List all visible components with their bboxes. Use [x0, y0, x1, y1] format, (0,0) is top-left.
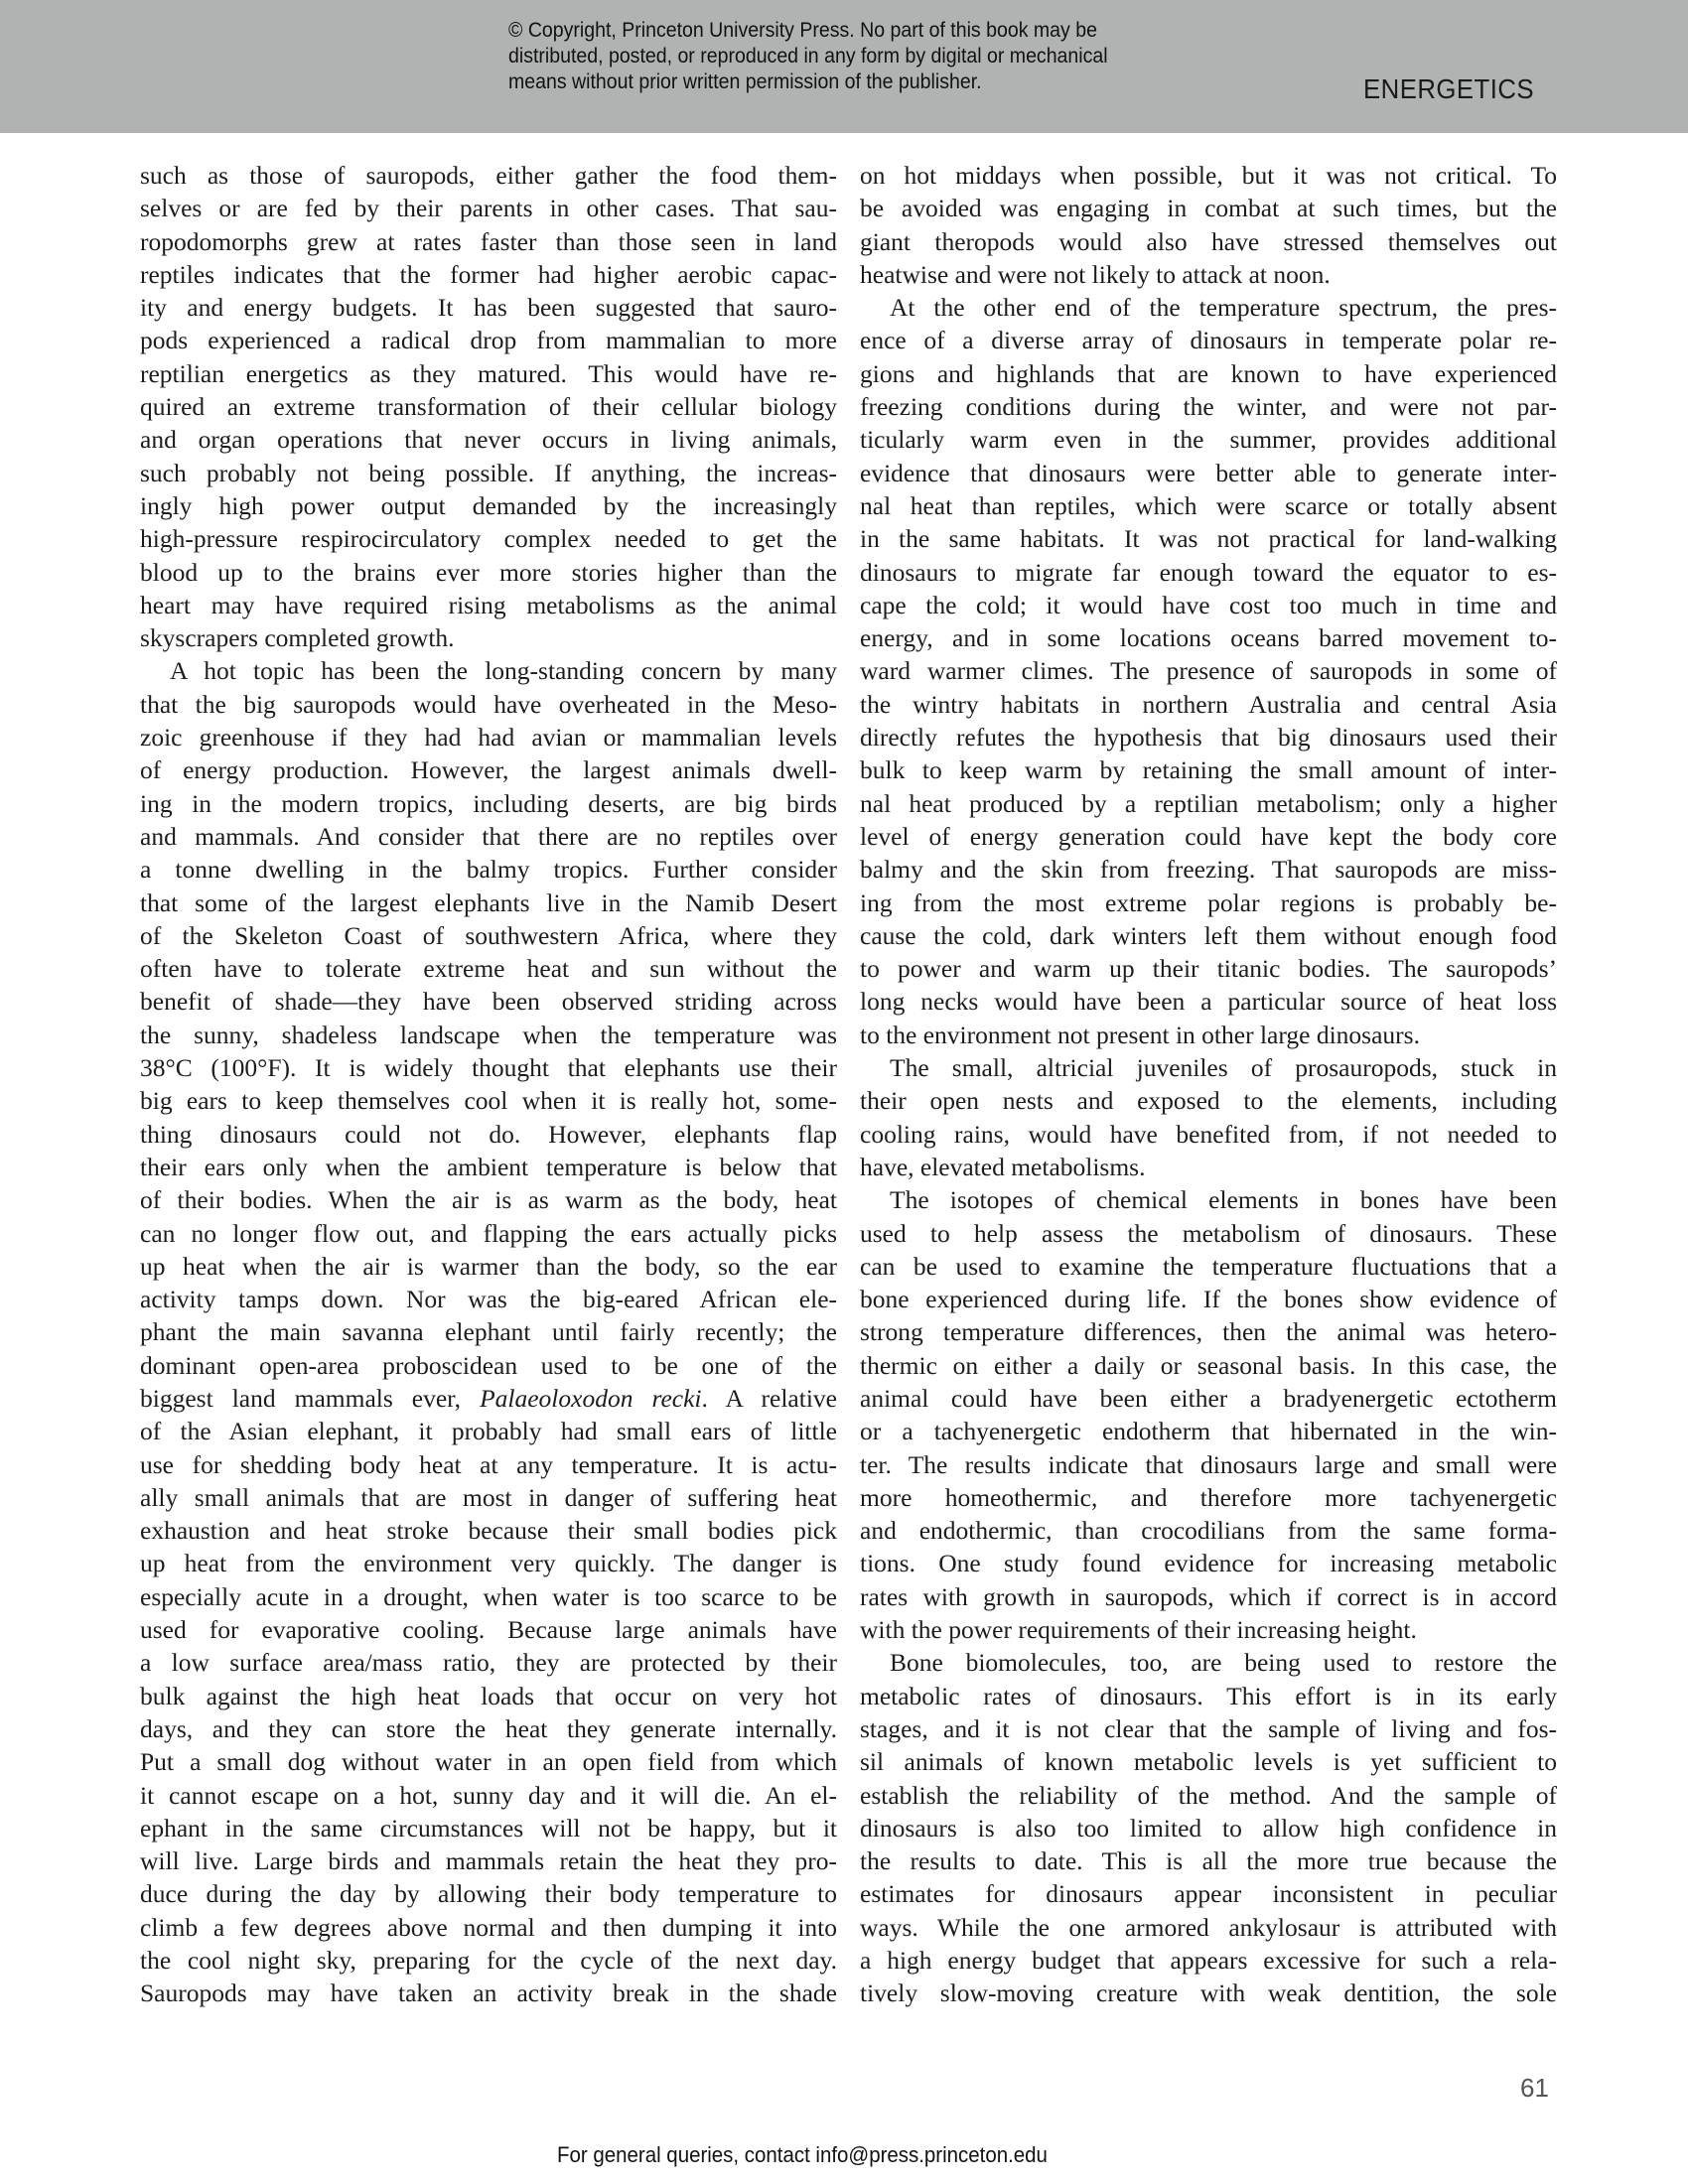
text-line: more homeothermic, and therefore more ta…	[860, 1481, 1557, 1514]
text-segment: . A relative	[702, 1384, 838, 1413]
text-line: high-pressure respirocirculatory complex…	[140, 522, 837, 555]
text-line: used for evaporative cooling. Because la…	[140, 1613, 837, 1646]
text-line: of the Skeleton Coast of southwestern Af…	[140, 919, 837, 952]
text-line: activity tamps down. Nor was the big-ear…	[140, 1283, 837, 1315]
text-line: heart may have required rising metabolis…	[140, 589, 837, 621]
text-line: can no longer flow out, and flapping the…	[140, 1217, 837, 1250]
text-line: in the same habitats. It was not practic…	[860, 522, 1557, 555]
text-line: ter. The results indicate that dinosaurs…	[860, 1448, 1557, 1481]
text-line: use for shedding body heat at any temper…	[140, 1448, 837, 1481]
text-line: dinosaurs to migrate far enough toward t…	[860, 556, 1557, 589]
page-number: 61	[1520, 2073, 1549, 2104]
text-line: have, elevated metabolisms.	[860, 1151, 1557, 1183]
text-line: animal could have been either a bradyene…	[860, 1382, 1557, 1415]
text-line: 38°C (100°F). It is widely thought that …	[140, 1051, 837, 1084]
text-line: especially acute in a drought, when wate…	[140, 1580, 837, 1613]
text-line: metabolic rates of dinosaurs. This effor…	[860, 1680, 1557, 1712]
text-line: quired an extreme transformation of thei…	[140, 390, 837, 423]
text-line: the results to date. This is all the mor…	[860, 1844, 1557, 1877]
text-line: strong temperature differences, then the…	[860, 1315, 1557, 1348]
text-line: a tonne dwelling in the balmy tropics. F…	[140, 853, 837, 886]
text-line: of the Asian elephant, it probably had s…	[140, 1415, 837, 1447]
text-line: often have to tolerate extreme heat and …	[140, 952, 837, 985]
text-line: will live. Large birds and mammals retai…	[140, 1844, 837, 1877]
text-line: level of energy generation could have ke…	[860, 820, 1557, 853]
text-line: it cannot escape on a hot, sunny day and…	[140, 1779, 837, 1812]
text-line: that the big sauropods would have overhe…	[140, 688, 837, 721]
text-column-right: on hot middays when possible, but it was…	[860, 159, 1557, 2010]
text-line: balmy and the skin from freezing. That s…	[860, 853, 1557, 886]
text-line: estimates for dinosaurs appear inconsist…	[860, 1877, 1557, 1910]
text-line: exhaustion and heat stroke because their…	[140, 1514, 837, 1547]
text-line: evidence that dinosaurs were better able…	[860, 457, 1557, 489]
text-line: cooling rains, would have benefited from…	[860, 1118, 1557, 1151]
text-line: be avoided was engaging in combat at suc…	[860, 192, 1557, 224]
text-line: ropodomorphs grew at rates faster than t…	[140, 225, 837, 258]
text-line: can be used to examine the temperature f…	[860, 1250, 1557, 1283]
text-line: ing in the modern tropics, including des…	[140, 787, 837, 820]
running-head: ENERGETICS	[1363, 73, 1534, 105]
text-line: big ears to keep themselves cool when it…	[140, 1084, 837, 1117]
text-line: bulk against the high heat loads that oc…	[140, 1680, 837, 1712]
text-line: the wintry habitats in northern Australi…	[860, 688, 1557, 721]
text-line: ingly high power output demanded by the …	[140, 489, 837, 522]
text-line: cause the cold, dark winters left them w…	[860, 919, 1557, 952]
text-line: nal heat than reptiles, which were scarc…	[860, 489, 1557, 522]
copyright-line: distributed, posted, or reproduced in an…	[508, 44, 1155, 69]
text-line: establish the reliability of the method.…	[860, 1779, 1557, 1812]
text-line: At the other end of the temperature spec…	[860, 291, 1557, 324]
text-line: tively slow-moving creature with weak de…	[860, 1977, 1557, 2009]
text-line: cape the cold; it would have cost too mu…	[860, 589, 1557, 621]
text-line: and organ operations that never occurs i…	[140, 423, 837, 456]
text-line: a low surface area/mass ratio, they are …	[140, 1646, 837, 1679]
text-line: dinosaurs is also too limited to allow h…	[860, 1812, 1557, 1844]
text-line: such probably not being possible. If any…	[140, 457, 837, 489]
text-line: tions. One study found evidence for incr…	[860, 1547, 1557, 1579]
text-line: biggest land mammals ever, Palaeoloxodon…	[140, 1382, 837, 1415]
text-line: reptilian energetics as they matured. Th…	[140, 357, 837, 390]
text-line: climb a few degrees above normal and the…	[140, 1911, 837, 1944]
text-line: dominant open-area proboscidean used to …	[140, 1349, 837, 1382]
text-line: ways. While the one armored ankylosaur i…	[860, 1911, 1557, 1944]
footer-contact: For general queries, contact info@press.…	[557, 2142, 1048, 2168]
text-line: their open nests and exposed to the elem…	[860, 1084, 1557, 1117]
text-line: rates with growth in sauropods, which if…	[860, 1580, 1557, 1613]
text-line: up heat when the air is warmer than the …	[140, 1250, 837, 1283]
text-line: ence of a diverse array of dinosaurs in …	[860, 324, 1557, 356]
text-line: of their bodies. When the air is as warm…	[140, 1183, 837, 1216]
text-line: to power and warm up their titanic bodie…	[860, 952, 1557, 985]
copyright-line: © Copyright, Princeton University Press.…	[508, 18, 1155, 44]
text-line: phant the main savanna elephant until fa…	[140, 1315, 837, 1348]
text-line: and endothermic, than crocodilians from …	[860, 1514, 1557, 1547]
text-line: benefit of shade—they have been observed…	[140, 985, 837, 1018]
text-line: and mammals. And consider that there are…	[140, 820, 837, 853]
text-line: bulk to keep warm by retaining the small…	[860, 753, 1557, 786]
text-line: their ears only when the ambient tempera…	[140, 1151, 837, 1183]
text-line: pods experienced a radical drop from mam…	[140, 324, 837, 356]
text-line: bone experienced during life. If the bon…	[860, 1283, 1557, 1315]
text-line: zoic greenhouse if they had had avian or…	[140, 721, 837, 753]
copyright-header-band: © Copyright, Princeton University Press.…	[0, 0, 1688, 133]
text-line: long necks would have been a particular …	[860, 985, 1557, 1018]
copyright-notice: © Copyright, Princeton University Press.…	[508, 18, 1155, 95]
text-line: with the power requirements of their inc…	[860, 1613, 1557, 1646]
text-line: ity and energy budgets. It has been sugg…	[140, 291, 837, 324]
text-line: skyscrapers completed growth.	[140, 621, 837, 654]
text-line: used to help assess the metabolism of di…	[860, 1217, 1557, 1250]
text-line: ally small animals that are most in dang…	[140, 1481, 837, 1514]
species-name: Palaeoloxodon recki	[480, 1384, 701, 1413]
text-line: Bone biomolecules, too, are being used t…	[860, 1646, 1557, 1679]
text-line: Sauropods may have taken an activity bre…	[140, 1977, 837, 2009]
text-line: stages, and it is not clear that the sam…	[860, 1712, 1557, 1745]
text-line: thermic on either a daily or seasonal ba…	[860, 1349, 1557, 1382]
text-line: thing dinosaurs could not do. However, e…	[140, 1118, 837, 1151]
text-line: giant theropods would also have stressed…	[860, 225, 1557, 258]
text-line: duce during the day by allowing their bo…	[140, 1877, 837, 1910]
text-line: The isotopes of chemical elements in bon…	[860, 1183, 1557, 1216]
text-line: ephant in the same circumstances will no…	[140, 1812, 837, 1844]
text-line: the sunny, shadeless landscape when the …	[140, 1019, 837, 1051]
text-line: days, and they can store the heat they g…	[140, 1712, 837, 1745]
text-line: selves or are fed by their parents in ot…	[140, 192, 837, 224]
text-line: to the environment not present in other …	[860, 1019, 1557, 1051]
text-line: ticularly warm even in the summer, provi…	[860, 423, 1557, 456]
text-line: that some of the largest elephants live …	[140, 887, 837, 919]
text-column-left: such as those of sauropods, either gathe…	[140, 159, 837, 2010]
text-line: heatwise and were not likely to attack a…	[860, 258, 1557, 291]
text-line: gions and highlands that are known to ha…	[860, 357, 1557, 390]
text-line: on hot middays when possible, but it was…	[860, 159, 1557, 192]
text-line: or a tachyenergetic endotherm that hiber…	[860, 1415, 1557, 1447]
text-line: energy, and in some locations oceans bar…	[860, 621, 1557, 654]
text-line: a high energy budget that appears excess…	[860, 1944, 1557, 1977]
text-line: nal heat produced by a reptilian metabol…	[860, 787, 1557, 820]
text-line: up heat from the environment very quickl…	[140, 1547, 837, 1579]
text-line: of energy production. However, the large…	[140, 753, 837, 786]
text-line: sil animals of known metabolic levels is…	[860, 1745, 1557, 1778]
text-line: directly refutes the hypothesis that big…	[860, 721, 1557, 753]
text-line: A hot topic has been the long-standing c…	[140, 654, 837, 687]
text-line: ing from the most extreme polar regions …	[860, 887, 1557, 919]
text-line: The small, altricial juveniles of prosau…	[860, 1051, 1557, 1084]
copyright-line: means without prior written permission o…	[508, 69, 1155, 95]
text-line: ward warmer climes. The presence of saur…	[860, 654, 1557, 687]
text-line: blood up to the brains ever more stories…	[140, 556, 837, 589]
text-line: Put a small dog without water in an open…	[140, 1745, 837, 1778]
text-line: freezing conditions during the winter, a…	[860, 390, 1557, 423]
text-line: the cool night sky, preparing for the cy…	[140, 1944, 837, 1977]
text-line: such as those of sauropods, either gathe…	[140, 159, 837, 192]
text-line: reptiles indicates that the former had h…	[140, 258, 837, 291]
text-segment: biggest land mammals ever,	[140, 1384, 480, 1413]
